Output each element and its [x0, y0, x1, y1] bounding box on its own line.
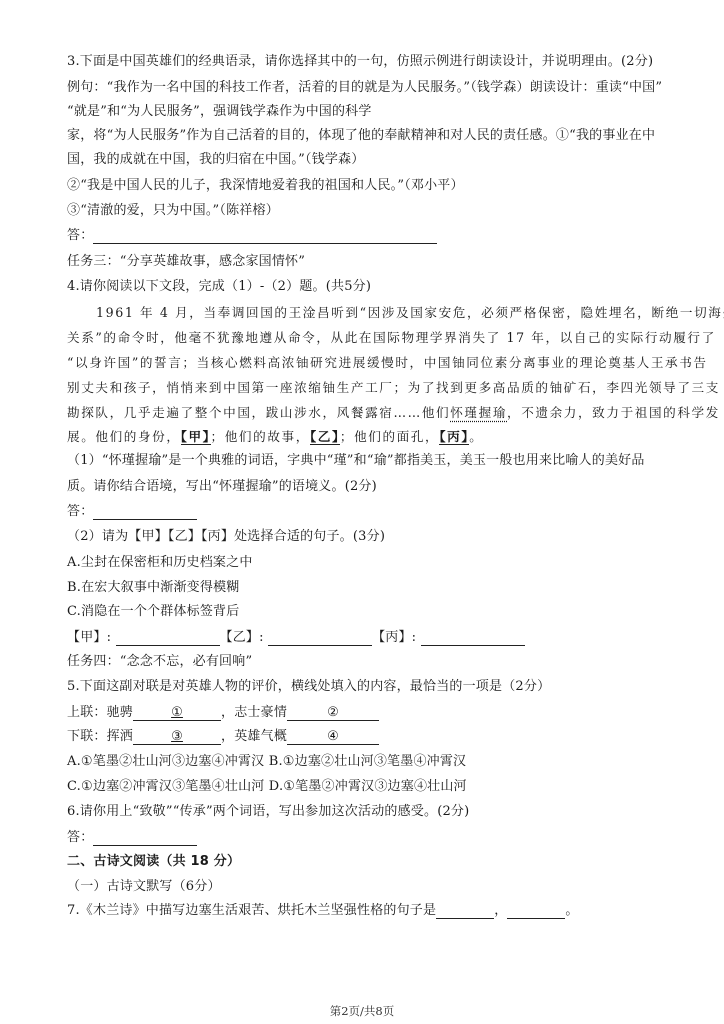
q3-quote-2: ②“我是中国人民的儿子，我深情地爱着我的祖国和人民。”（邓小平） [67, 178, 464, 194]
q4-sub2-title: （2）请为【甲】【乙】【丙】处选择合适的句子。(3分) [67, 529, 385, 545]
mark-1: ① [171, 705, 183, 720]
couplet-upper-mid: ，志士豪情 [221, 705, 287, 720]
couplet-lower-mid: ，英雄气概 [221, 729, 287, 744]
passage-text: ；他们的面孔， [340, 429, 439, 444]
q4-sub1-answer-row: 答： [67, 504, 197, 520]
passage-text: 展。他们的身份， [67, 429, 181, 444]
option-a: A.尘封在保密柜和历史档案之中 [67, 555, 253, 571]
task-3-title: 任务三：“分享英雄故事，感念家国情怀” [67, 254, 305, 270]
couplet-upper-label: 上联：驰骋 [67, 705, 133, 720]
passage-line-5: 勘探队，几乎走遍了整个中国，跋山涉水，风餐露宿……他们怀瑾握瑜，不遗余力，致力于… [67, 405, 665, 421]
q3-quote-3: ③“清澈的爱，只为中国。”（陈祥榕） [67, 203, 279, 219]
fill-label-jia: 【甲】: [67, 630, 111, 645]
q3-example-line-3: 家，将“为人民服务”作为自己活着的目的，体现了他的奉献精神和对人民的责任感。①“… [67, 128, 655, 144]
question-6-title: 6.请你用上“致敬”“传承”两个词语，写出参加这次活动的感受。(2分) [67, 804, 469, 820]
passage-line-1: 1961 年 4 月，当奉调回国的王淦昌听到“因涉及国家安危，必须严格保密，隐姓… [96, 305, 666, 321]
passage-text: ；他们的故事， [211, 429, 310, 444]
emphasized-phrase: 怀瑾握瑜 [450, 405, 507, 420]
blank-bing: 【丙】 [439, 429, 469, 445]
q3-answer-row: 答： [67, 228, 437, 244]
dotted-word: 怀瑾握瑜 [450, 405, 507, 420]
q6-answer-blank[interactable] [93, 831, 197, 846]
option-b: B.在宏大叙事中渐渐变得模糊 [67, 580, 240, 596]
passage-line-2: 关系”的命令时，他毫不犹豫地遵从命令，从此在国际物理学界消失了 17 年，以自己… [67, 330, 665, 346]
q3-example-line-2: “就是”和“为人民服务”，强调钱学森作为中国的科学 [67, 104, 372, 120]
passage-text: 。 [469, 429, 483, 444]
passage-line-3: “以身许国”的誓言；当核心燃料高浓铀研究进展缓慢时，中国铀同位素分离事业的理论奠… [67, 355, 665, 371]
fill-label-bing: 【丙】: [372, 630, 416, 645]
question-7: 7.《木兰诗》中描写边塞生活艰苦、烘托木兰坚强性格的句子是，。 [67, 903, 579, 919]
q3-example-line-1: 例句：“我作为一名中国的科技工作者，活着的目的就是为人民服务。”（钱学森）朗读设… [67, 80, 662, 96]
q4-sub2-fill-row: 【甲】: 【乙】: 【丙】: [67, 630, 525, 646]
q7-separator: ， [494, 903, 507, 918]
section-2-subtitle: （一）古诗文默写（6分） [67, 879, 221, 895]
passage-text: ，不遗余力，致力于祖国的科学发 [507, 405, 720, 420]
page-number: 第2页/共8页 [0, 1003, 724, 1019]
fill-blank-jia[interactable] [116, 631, 220, 646]
question-5-title: 5.下面这副对联是对英雄人物的评价，横线处填入的内容，最恰当的一项是（2分） [67, 679, 550, 695]
question-4-title: 4.请你阅读以下文段，完成（1）-（2）题。(共5分) [67, 279, 371, 295]
q4-sub1-line-1: （1）“怀瑾握瑜”是一个典雅的词语，字典中“瑾”和“瑜”都指美玉，美玉一般也用来… [67, 453, 645, 469]
passage-line-6: 展。他们的身份，【甲】；他们的故事，【乙】；他们的面孔，【丙】。 [67, 429, 665, 445]
fill-label-yi: 【乙】: [220, 630, 264, 645]
section-2-title: 二、古诗文阅读（共 18 分） [67, 854, 240, 870]
answer-label: 答： [67, 830, 93, 845]
task-4-title: 任务四：“念念不忘，必有回响” [67, 654, 252, 670]
q5-options-line-2: C.①边塞②冲霄汉③笔墨④壮山河 D.①笔墨②冲霄汉③边塞④壮山河 [67, 779, 467, 795]
blank-yi: 【乙】 [310, 429, 340, 445]
fill-blank-bing[interactable] [421, 631, 525, 646]
mark-2: ② [327, 705, 339, 720]
mark-3: ③ [171, 729, 183, 744]
q7-end: 。 [565, 903, 578, 918]
blank-2[interactable]: ② [287, 705, 379, 721]
couplet-upper: 上联：驰骋①，志士豪情② [67, 705, 379, 721]
answer-label: 答： [67, 504, 93, 519]
q5-options-line-1: A.①笔墨②壮山河③边塞④冲霄汉 B.①边塞②壮山河③笔墨④冲霄汉 [67, 754, 466, 770]
question-7-text: 7.《木兰诗》中描写边塞生活艰苦、烘托木兰坚强性格的句子是 [67, 903, 436, 918]
q7-blank-2[interactable] [507, 904, 565, 919]
q4-sub1-line-2: 质。请你结合语境，写出“怀瑾握瑜”的语境义。(2分) [67, 479, 377, 495]
q7-blank-1[interactable] [436, 904, 494, 919]
couplet-lower-label: 下联：挥洒 [67, 729, 133, 744]
blank-3[interactable]: ③ [133, 729, 221, 745]
passage-text: 勘探队，几乎走遍了整个中国，跋山涉水，风餐露宿……他们 [67, 405, 450, 420]
blank-4[interactable]: ④ [287, 729, 379, 745]
passage-line-4: 别丈夫和孩子，悄悄来到中国第一座浓缩铀生产工厂；为了找到更多高品质的铀矿石，李四… [67, 380, 665, 396]
mark-4: ④ [327, 729, 339, 744]
answer-label: 答： [67, 228, 93, 243]
blank-1[interactable]: ① [133, 705, 221, 721]
q4-sub1-answer-blank[interactable] [93, 505, 197, 520]
q3-answer-blank[interactable] [93, 229, 437, 244]
question-3-title: 3.下面是中国英雄们的经典语录，请你选择其中的一句，仿照示例进行朗读设计，并说明… [67, 54, 653, 70]
fill-blank-yi[interactable] [268, 631, 372, 646]
option-c: C.消隐在一个个群体标签背后 [67, 604, 239, 620]
blank-jia: 【甲】 [181, 429, 211, 445]
q6-answer-row: 答： [67, 830, 197, 846]
couplet-lower: 下联：挥洒③，英雄气概④ [67, 729, 379, 745]
q3-example-line-4: 国，我的成就在中国，我的归宿在中国。”（钱学森） [67, 152, 364, 168]
